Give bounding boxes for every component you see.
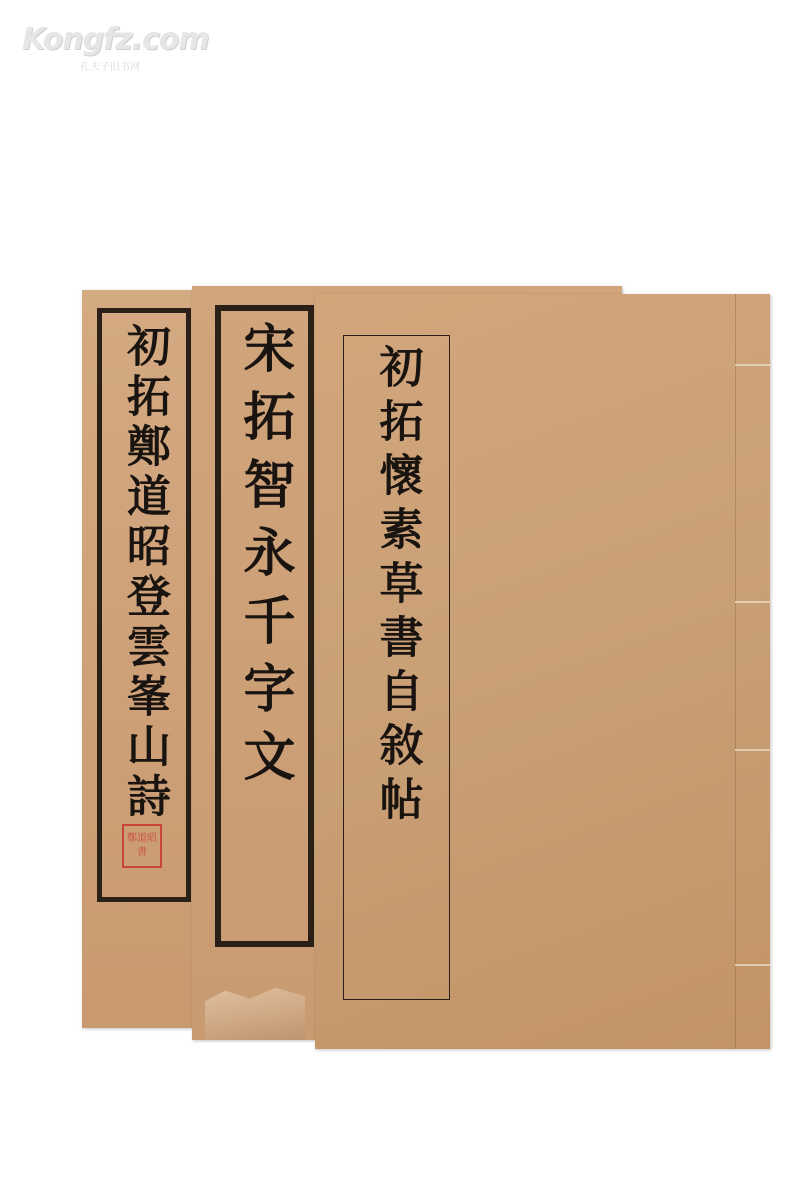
- book-right-title-label: 初拓懷素草書自敘帖: [343, 335, 450, 1000]
- binding-line: [735, 294, 736, 1049]
- binding-stitch: [735, 749, 770, 751]
- book-left-title-label: 初拓鄭道昭登雲峯山詩: [97, 308, 191, 902]
- seal-stamp: 鄭道昭書: [122, 824, 162, 868]
- binding-stitch: [735, 364, 770, 366]
- watermark-subtitle: 孔夫子旧书网: [80, 58, 140, 73]
- book-middle-title-label: 宋拓智永千字文: [215, 305, 314, 947]
- binding-stitch: [735, 601, 770, 603]
- watermark: Kongfz.com 孔夫子旧书网: [22, 12, 182, 72]
- book-left-title: 初拓鄭道昭登雲峯山詩: [112, 323, 176, 823]
- watermark-logo: Kongfz.com: [22, 22, 209, 57]
- binding-stitch: [735, 964, 770, 966]
- book-middle-title: 宋拓智永千字文: [227, 321, 302, 797]
- book-right-title: 初拓懷素草書自敘帖: [365, 344, 429, 830]
